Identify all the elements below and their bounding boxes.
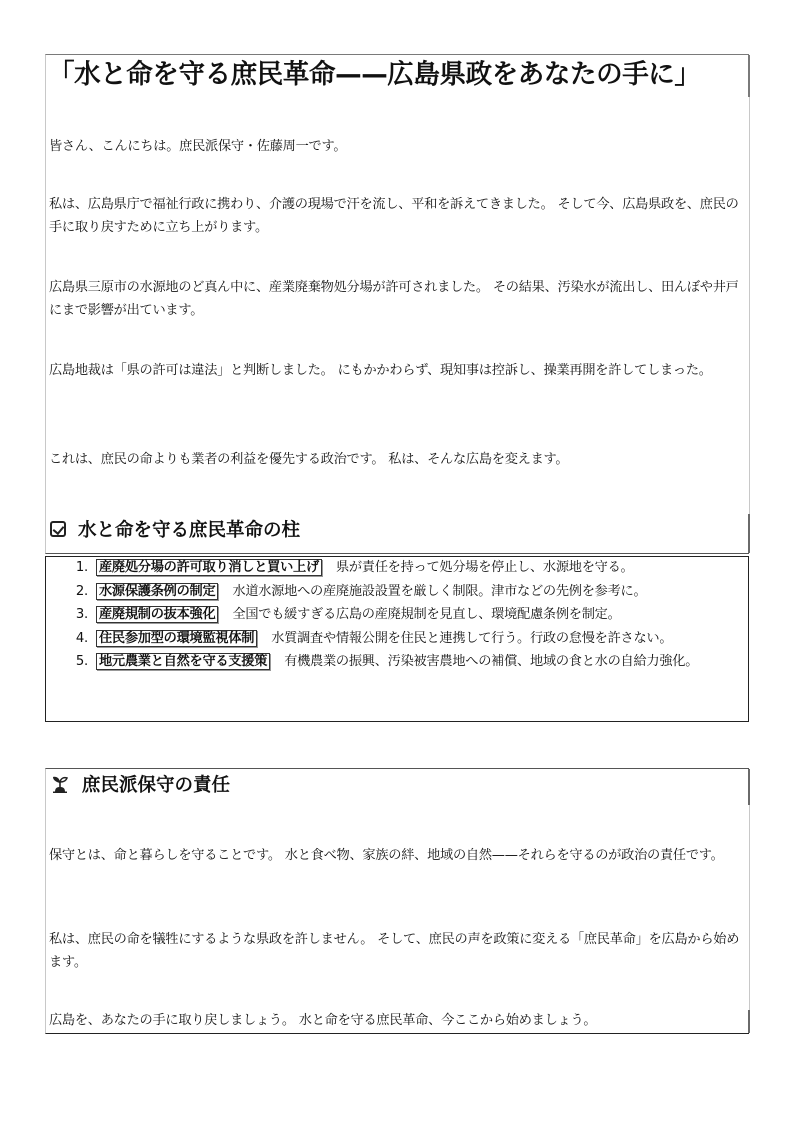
pillar-label: 水源保護条例の制定 bbox=[96, 583, 218, 600]
pillar-label: 住民参加型の環境監視体制 bbox=[96, 630, 257, 647]
list-number: 1. bbox=[70, 557, 88, 579]
border-line bbox=[749, 97, 750, 506]
responsibility-heading-section: 庶民派保守の責任 bbox=[45, 768, 749, 808]
list-number: 5. bbox=[70, 651, 88, 673]
responsibility-paragraph: 私は、庶民の命を犠牲にするような県政を許しません。 そして、庶民の声を政策に変え… bbox=[49, 928, 749, 974]
pillars-heading: 水と命を守る庶民革命の柱 bbox=[50, 516, 300, 542]
pillar-text: 水道水源地への産廃施設設置を厳しく制限。津市などの先例を参考に。 bbox=[232, 584, 646, 599]
border-accent bbox=[748, 514, 750, 553]
border-accent bbox=[748, 769, 750, 805]
responsibility-heading-text: 庶民派保守の責任 bbox=[82, 771, 230, 797]
border-line bbox=[749, 808, 750, 1010]
border-accent bbox=[748, 55, 750, 97]
responsibility-body-section: 保守とは、命と暮らしを守ることです。 水と食べ物、家族の絆、地域の自然——それら… bbox=[45, 808, 749, 1034]
pillar-label: 地元農業と自然を守る支援策 bbox=[96, 653, 270, 670]
pillar-text: 県が責任を持って処分場を停止し、水源地を守る。 bbox=[336, 560, 634, 575]
list-item: 2.水源保護条例の制定水道水源地への産廃施設設置を厳しく制限。津市などの先例を参… bbox=[46, 581, 748, 603]
pillars-heading-section: 水と命を守る庶民革命の柱 bbox=[45, 506, 749, 554]
sprout-icon bbox=[52, 775, 68, 793]
pillar-label: 産廃規制の抜本強化 bbox=[96, 606, 218, 623]
intro-paragraph: これは、庶民の命よりも業者の利益を優先する政治です。 私は、そんな広島を変えます… bbox=[49, 448, 749, 471]
pillar-text: 水質調査や情報公開を住民と連携して行う。行政の怠慢を許さない。 bbox=[271, 631, 672, 646]
pillar-text: 全国でも緩すぎる広島の産廃規制を見直し、環境配慮条例を制定。 bbox=[232, 607, 620, 622]
border-line bbox=[749, 506, 750, 514]
responsibility-paragraph: 広島を、あなたの手に取り戻しましょう。 水と命を守る庶民革命、今ここから始めまし… bbox=[49, 1009, 749, 1032]
responsibility-heading: 庶民派保守の責任 bbox=[52, 771, 230, 797]
list-item: 3.産廃規制の抜本強化全国でも緩すぎる広島の産廃規制を見直し、環境配慮条例を制定… bbox=[46, 604, 748, 626]
list-number: 3. bbox=[70, 604, 88, 626]
responsibility-paragraph: 保守とは、命と暮らしを守ることです。 水と食べ物、家族の絆、地域の自然——それら… bbox=[49, 844, 749, 867]
checkbox-icon bbox=[50, 521, 66, 537]
intro-paragraph: 私は、広島県庁で福祉行政に携わり、介護の現場で汗を流し、平和を訴えてきました。 … bbox=[49, 193, 749, 239]
intro-paragraph: 皆さん、こんにちは。庶民派保守・佐藤周一です。 bbox=[49, 135, 749, 158]
list-number: 2. bbox=[70, 581, 88, 603]
page-title: 「水と命を守る庶民革命——広島県政をあなたの手に」 bbox=[48, 57, 701, 93]
list-item: 4.住民参加型の環境監視体制水質調査や情報公開を住民と連携して行う。行政の怠慢を… bbox=[46, 628, 748, 650]
pillar-label: 産廃処分場の許可取り消しと買い上げ bbox=[96, 559, 322, 576]
list-number: 4. bbox=[70, 628, 88, 650]
pillar-text: 有機農業の振興、汚染被害農地への補償、地域の食と水の自給力強化。 bbox=[284, 654, 698, 669]
intro-paragraph: 広島地裁は「県の許可は違法」と判断しました。 にもかかわらず、現知事は控訴し、操… bbox=[49, 359, 749, 382]
pillars-heading-text: 水と命を守る庶民革命の柱 bbox=[78, 516, 300, 542]
pillars-list: 1.産廃処分場の許可取り消しと買い上げ県が責任を持って処分場を停止し、水源地を守… bbox=[46, 557, 748, 675]
intro-paragraph: 広島県三原市の水源地のど真ん中に、産業廃棄物処分場が許可されました。 その結果、… bbox=[49, 276, 749, 322]
list-item: 5.地元農業と自然を守る支援策有機農業の振興、汚染被害農地への補償、地域の食と水… bbox=[46, 651, 748, 673]
list-item: 1.産廃処分場の許可取り消しと買い上げ県が責任を持って処分場を停止し、水源地を守… bbox=[46, 557, 748, 579]
pillars-list-box: 1.産廃処分場の許可取り消しと買い上げ県が責任を持って処分場を停止し、水源地を守… bbox=[45, 556, 749, 722]
intro-section: 「水と命を守る庶民革命——広島県政をあなたの手に」 皆さん、こんにちは。庶民派保… bbox=[45, 54, 749, 506]
